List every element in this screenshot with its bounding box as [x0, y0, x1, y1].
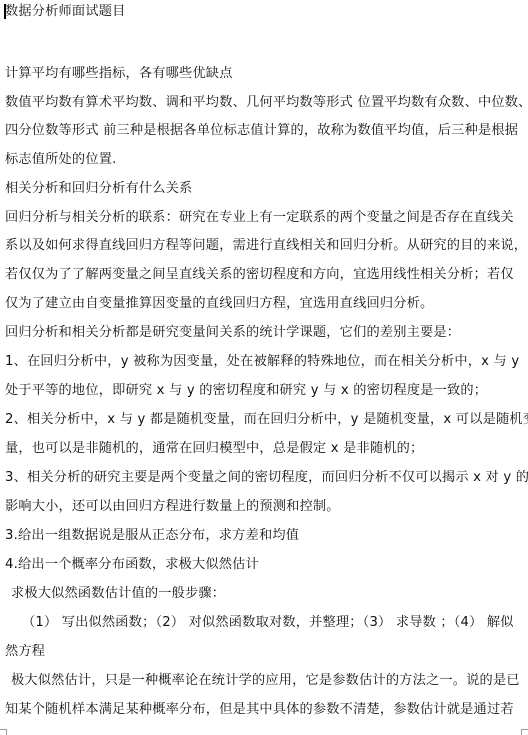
paragraph-line: 四分位数等形式 前三种是根据各单位标志值计算的，故称为数值平均值，后三种是根据 — [5, 123, 518, 139]
document-title: 数据分析师面试题目 — [5, 4, 126, 20]
paragraph-line: 知某个随机样本满足某种概率分布，但是其中具体的参数不清楚，参数估计就是通过若 — [5, 702, 514, 718]
paragraph-line: 数值平均数有算术平均数、调和平均数、几何平均数等形式 位置平均数有众数、中位数、 — [5, 95, 528, 111]
paragraph-line: 回归分析与相关分析的联系：研究在专业上有一定联系的两个变量之间是否存在直线关 — [5, 210, 514, 226]
paragraph-line: （1） 写出似然函数；（2） 对似然函数取对数，并整理；（3） 求导数 ；（4）… — [22, 615, 514, 631]
paragraph-line: 1、在回归分析中，y 被称为因变量，处在被解释的特殊地位，而在相关分析中，x 与… — [5, 354, 519, 370]
paragraph-line: 量，也可以是非随机的，通常在回归模型中，总是假定 x 是非随机的； — [5, 441, 423, 457]
document-page: 数据分析师面试题目 计算平均有哪些指标，各有哪些优缺点数值平均数有算术平均数、调… — [0, 0, 528, 735]
page-margin-mark-right — [521, 729, 528, 735]
paragraph-line: 若仅仅为了了解两变量之间呈直线关系的密切程度和方向，宜选用线性相关分析；若仅 — [5, 267, 514, 283]
page-margin-mark-left — [0, 729, 7, 735]
paragraph-line: 求极大似然函数估计值的一般步骤： — [11, 586, 225, 602]
paragraph-line: 处于平等的地位，即研究 x 与 y 的密切程度和研究 y 与 x 的密切程度是一… — [5, 383, 487, 399]
paragraph-line: 3、相关分析的研究主要是两个变量之间的密切程度，而回归分析不仅可以揭示 x 对 … — [5, 470, 528, 486]
paragraph-line: 3.给出一组数据说是服从正态分布，求方差和均值 — [5, 528, 299, 544]
paragraph-line: 然方程 — [5, 644, 45, 660]
paragraph-line: 极大似然估计，只是一种概率论在统计学的应用，它是参数估计的方法之一。说的是已 — [11, 673, 520, 689]
paragraph-line: 影响大小，还可以由回归方程进行数量上的预测和控制。 — [5, 499, 340, 515]
paragraph-line: 标志值所处的位置. — [5, 152, 117, 168]
paragraph-line: 仅为了建立由自变量推算因变量的直线回归方程，宜选用直线回归分析。 — [5, 296, 433, 312]
paragraph-line: 4.给出一个概率分布函数，求极大似然估计 — [5, 557, 259, 573]
paragraph-line: 回归分析和相关分析都是研究变量间关系的统计学课题，它们的差别主要是： — [5, 325, 460, 341]
paragraph-line: 计算平均有哪些指标，各有哪些优缺点 — [5, 66, 233, 82]
paragraph-line: 相关分析和回归分析有什么关系 — [5, 181, 192, 197]
paragraph-line: 2、相关分析中，x 与 y 都是随机变量，而在回归分析中，y 是随机变量，x 可… — [5, 412, 528, 428]
paragraph-line: 系以及如何求得直线回归方程等问题，需进行直线相关和回归分析。从研究的目的来说， — [5, 238, 527, 254]
